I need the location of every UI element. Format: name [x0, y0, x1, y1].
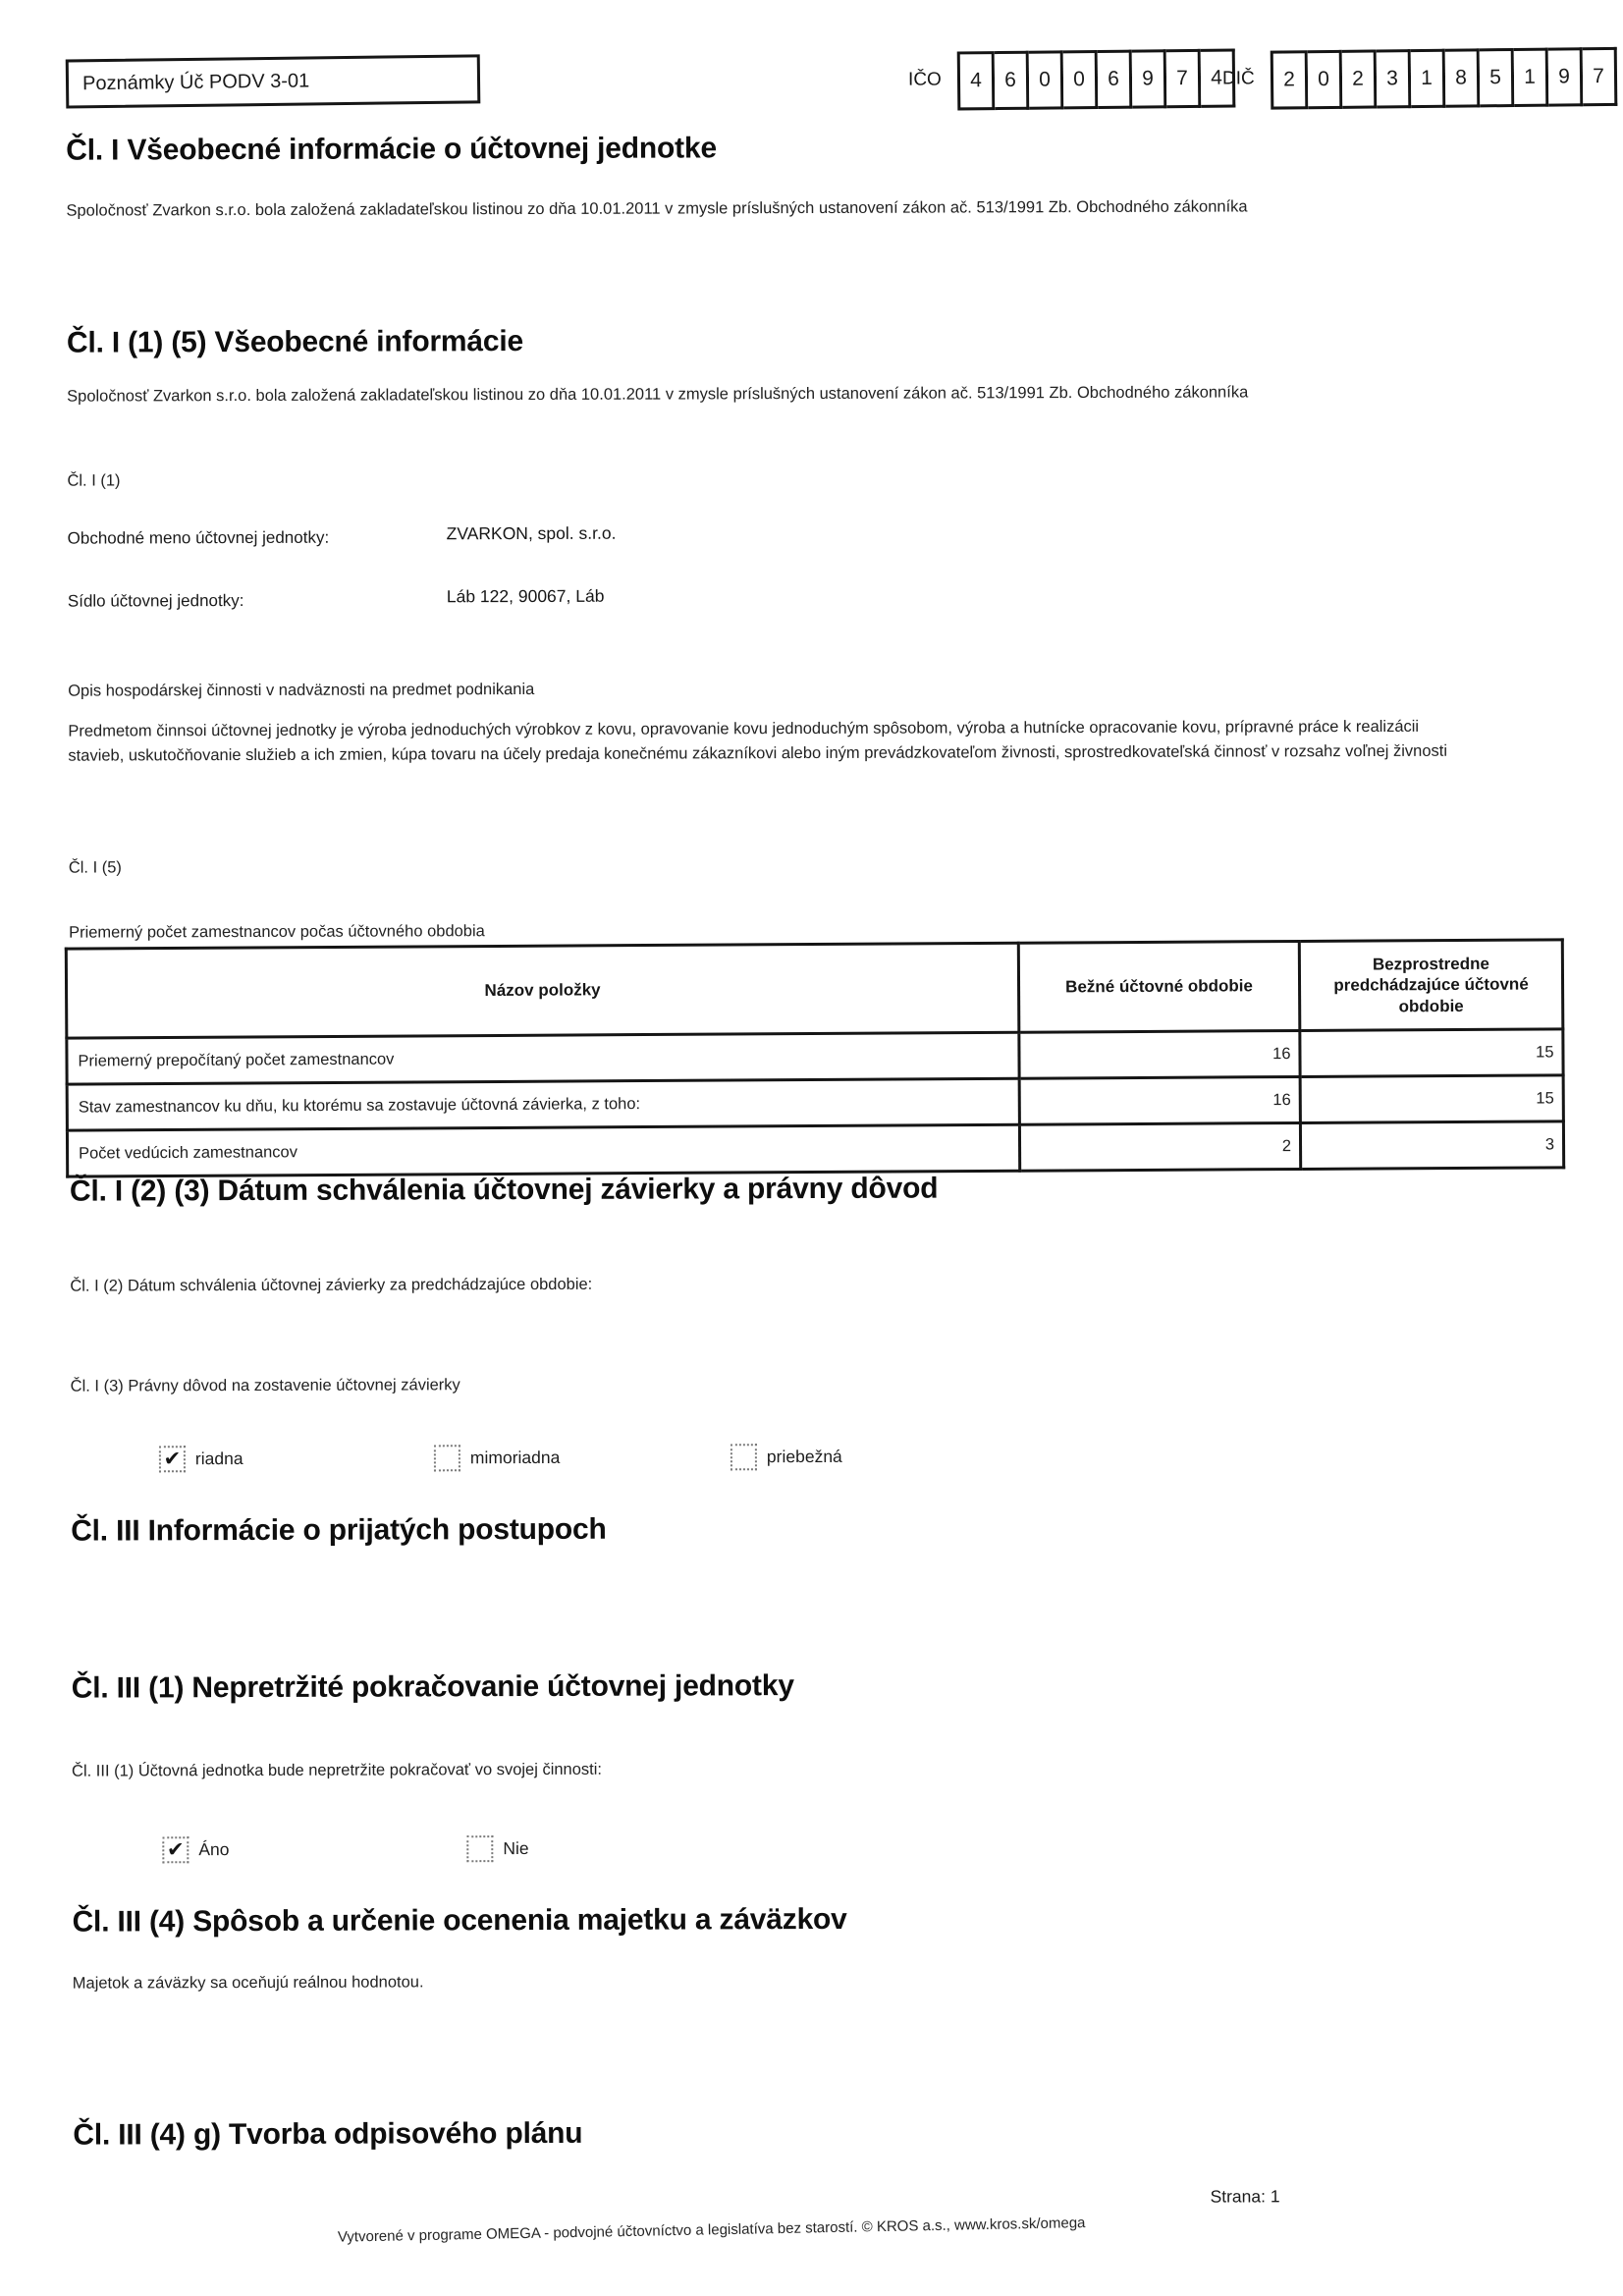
- seat-label: Sídlo účtovnej jednotky:: [68, 591, 244, 612]
- dic-digit: 7: [1582, 47, 1617, 106]
- row-current-value: 16: [1019, 1076, 1300, 1124]
- section-heading-going-concern: Čl. III (1) Nepretržité pokračovanie účt…: [72, 1669, 794, 1706]
- form-title: Poznámky Úč PODV 3-01: [82, 70, 309, 95]
- scanned-document-page: Poznámky Úč PODV 3-01 IČO 4 6 0 0 6 9 7 …: [0, 0, 1623, 2296]
- business-name-value: ZVARKON, spol. s.r.o.: [447, 523, 617, 545]
- section-heading-adopted-procedures: Čl. III Informácie o prijatých postupoch: [71, 1513, 607, 1549]
- company-intro-paragraph-2: Spoločnosť Zvarkon s.r.o. bola založená …: [67, 382, 1559, 406]
- ico-digit: 6: [1097, 50, 1132, 109]
- checkbox-riadna[interactable]: ✔ riadna: [159, 1446, 243, 1472]
- ico-digit: 0: [1028, 50, 1063, 109]
- seat-value: Láb 122, 90067, Láb: [447, 586, 605, 608]
- checkbox-unchecked-icon: [434, 1445, 460, 1471]
- checkbox-unchecked-icon: [466, 1835, 493, 1862]
- ico-digit: 0: [1062, 50, 1098, 109]
- business-name-label: Obchodné meno účtovnej jednotky:: [68, 528, 330, 549]
- page-number: Strana: 1: [1211, 2186, 1280, 2207]
- section-heading-depreciation-plan: Čl. III (4) g) Tvorba odpisového plánu: [73, 2117, 582, 2153]
- checkbox-label: mimoriadna: [470, 1448, 561, 1468]
- row-previous-value: 15: [1300, 1029, 1563, 1077]
- form-title-box: Poznámky Úč PODV 3-01: [66, 54, 481, 108]
- section-heading-approval-date: Čl. I (2) (3) Dátum schválenia účtovnej …: [70, 1173, 938, 1209]
- ico-digit: 7: [1165, 49, 1201, 108]
- dic-digit: 1: [1410, 49, 1445, 108]
- dic-digit: 8: [1444, 48, 1480, 107]
- dic-label: DIČ: [1222, 68, 1255, 89]
- col-header-previous-period: Bezprostredne predchádzajúce účtovné obd…: [1299, 940, 1563, 1031]
- dic-digit: 2: [1270, 50, 1308, 109]
- ico-digit: 6: [994, 51, 1029, 110]
- valuation-text: Majetok a záväzky sa oceňujú reálnou hod…: [73, 1973, 424, 1993]
- checkbox-unchecked-icon: [730, 1444, 757, 1470]
- checkbox-label: Nie: [503, 1838, 528, 1859]
- footer-credit: Vytvorené v programe OMEGA - podvojné úč…: [5, 2209, 1419, 2253]
- clause-3-text: Čl. I (3) Právny dôvod na zostavenie účt…: [71, 1376, 460, 1395]
- ico-label: IČO: [908, 70, 942, 91]
- activity-description-text: Predmetom činnsoi účtovnej jednotky je v…: [68, 715, 1472, 768]
- section-heading-general-info: Čl. I Všeobecné informácie o účtovnej je…: [66, 132, 717, 167]
- activity-description-label: Opis hospodárskej činnosti v nadväznosti…: [68, 681, 534, 701]
- checkbox-checked-icon: ✔: [162, 1836, 189, 1863]
- ico-group: IČO 4 6 0 0 6 9 7 4: [908, 49, 1235, 109]
- row-current-value: 2: [1019, 1122, 1300, 1171]
- table-row: Počet vedúcich zamestnancov 2 3: [67, 1121, 1563, 1176]
- row-item-name: Stav zamestnancov ku dňu, ku ktorému sa …: [67, 1078, 1019, 1130]
- row-item-name: Priemerný prepočítaný počet zamestnancov: [67, 1032, 1019, 1084]
- checkbox-mimoriadna[interactable]: mimoriadna: [434, 1445, 561, 1471]
- employee-table-caption: Priemerný počet zamestnancov počas účtov…: [69, 922, 485, 942]
- section-heading-valuation: Čl. III (4) Spôsob a určenie ocenenia ma…: [73, 1903, 847, 1940]
- col-header-current-period: Bežné účtovné obdobie: [1018, 941, 1300, 1032]
- clause-label-cl-i-1: Čl. I (1): [67, 471, 120, 490]
- row-current-value: 16: [1019, 1030, 1300, 1078]
- dic-digit: 2: [1341, 49, 1377, 108]
- dic-digit: 3: [1376, 49, 1411, 108]
- col-header-item-name: Názov položky: [66, 943, 1019, 1038]
- section-heading-general-info-1-5: Čl. I (1) (5) Všeobecné informácie: [67, 325, 523, 360]
- company-intro-paragraph: Spoločnosť Zvarkon s.r.o. bola založená …: [66, 196, 1558, 220]
- checkbox-label: Áno: [198, 1839, 229, 1860]
- row-previous-value: 15: [1300, 1075, 1563, 1123]
- checkbox-checked-icon: ✔: [159, 1446, 186, 1472]
- going-concern-question: Čl. III (1) Účtovná jednotka bude nepret…: [72, 1761, 602, 1781]
- clause-label-cl-i-5: Čl. I (5): [69, 858, 122, 877]
- checkbox-priebezna[interactable]: priebežná: [730, 1444, 842, 1470]
- checkbox-label: priebežná: [767, 1447, 842, 1467]
- row-previous-value: 3: [1300, 1121, 1563, 1170]
- employee-count-table: Názov položky Bežné účtovné obdobie Bezp…: [65, 938, 1565, 1177]
- dic-digit: 0: [1307, 50, 1342, 109]
- row-item-name: Počet vedúcich zamestnancov: [67, 1124, 1019, 1176]
- dic-digit: 9: [1547, 47, 1583, 106]
- checkbox-ano[interactable]: ✔ Áno: [162, 1836, 229, 1863]
- ico-digit: 9: [1131, 49, 1166, 108]
- checkbox-label: riadna: [195, 1449, 243, 1469]
- dic-digit-boxes: 2 0 2 3 1 8 5 1 9 7: [1270, 47, 1617, 110]
- dic-digit: 1: [1513, 48, 1548, 107]
- table-header-row: Názov položky Bežné účtovné obdobie Bezp…: [66, 940, 1563, 1038]
- dic-digit: 5: [1479, 48, 1514, 107]
- ico-digit-boxes: 4 6 0 0 6 9 7 4: [956, 49, 1235, 111]
- ico-digit: 4: [956, 51, 995, 110]
- clause-2-text: Čl. I (2) Dátum schválenia účtovnej závi…: [70, 1276, 592, 1296]
- checkbox-nie[interactable]: Nie: [466, 1835, 528, 1862]
- dic-group: DIČ 2 0 2 3 1 8 5 1 9 7: [1222, 48, 1617, 108]
